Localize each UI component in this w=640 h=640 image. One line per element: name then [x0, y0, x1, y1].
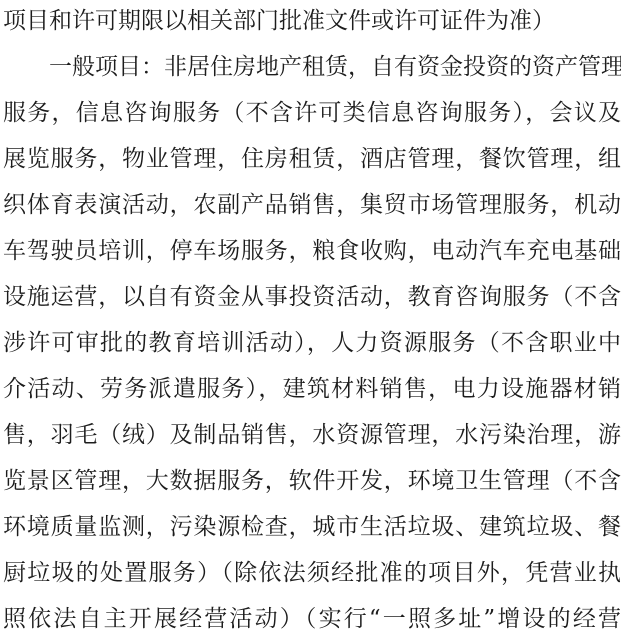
text-line: 车驾驶员培训，停车场服务，粮食收购，电动汽车充电基础: [3, 228, 621, 274]
text-line: 展览服务，物业管理，住房租赁，酒店管理，餐饮管理，组: [3, 136, 621, 182]
text-line: 介活动、劳务派遣服务），建筑材料销售，电力设施器材销: [3, 366, 621, 412]
text-line: 一般项目：非居住房地产租赁，自有资金投资的资产管理: [3, 44, 621, 90]
text-line: 环境质量监测，污染源检查，城市生活垃圾、建筑垃圾、餐: [3, 504, 621, 550]
text-line: 织体育表演活动，农副产品销售，集贸市场管理服务，机动: [3, 182, 621, 228]
text-line: 览景区管理，大数据服务，软件开发，环境卫生管理（不含: [3, 458, 621, 504]
text-line: 设施运营，以自有资金从事投资活动，教育咨询服务（不含: [3, 274, 621, 320]
text-line: 照依法自主开展经营活动）（实行“一照多址”增设的经营: [3, 596, 621, 640]
text-line: 涉许可审批的教育培训活动），人力资源服务（不含职业中: [3, 320, 621, 366]
text-line: 厨垃圾的处置服务）（除依法须经批准的项目外，凭营业执: [3, 550, 621, 596]
text-line: 服务，信息咨询服务（不含许可类信息咨询服务），会议及: [3, 90, 621, 136]
document-text-block: 项目和许可期限以相关部门批准文件或许可证件为准） 一般项目：非居住房地产租赁，自…: [3, 0, 621, 640]
text-line: 项目和许可期限以相关部门批准文件或许可证件为准）: [3, 0, 621, 44]
text-line: 售，羽毛（绒）及制品销售，水资源管理，水污染治理，游: [3, 412, 621, 458]
